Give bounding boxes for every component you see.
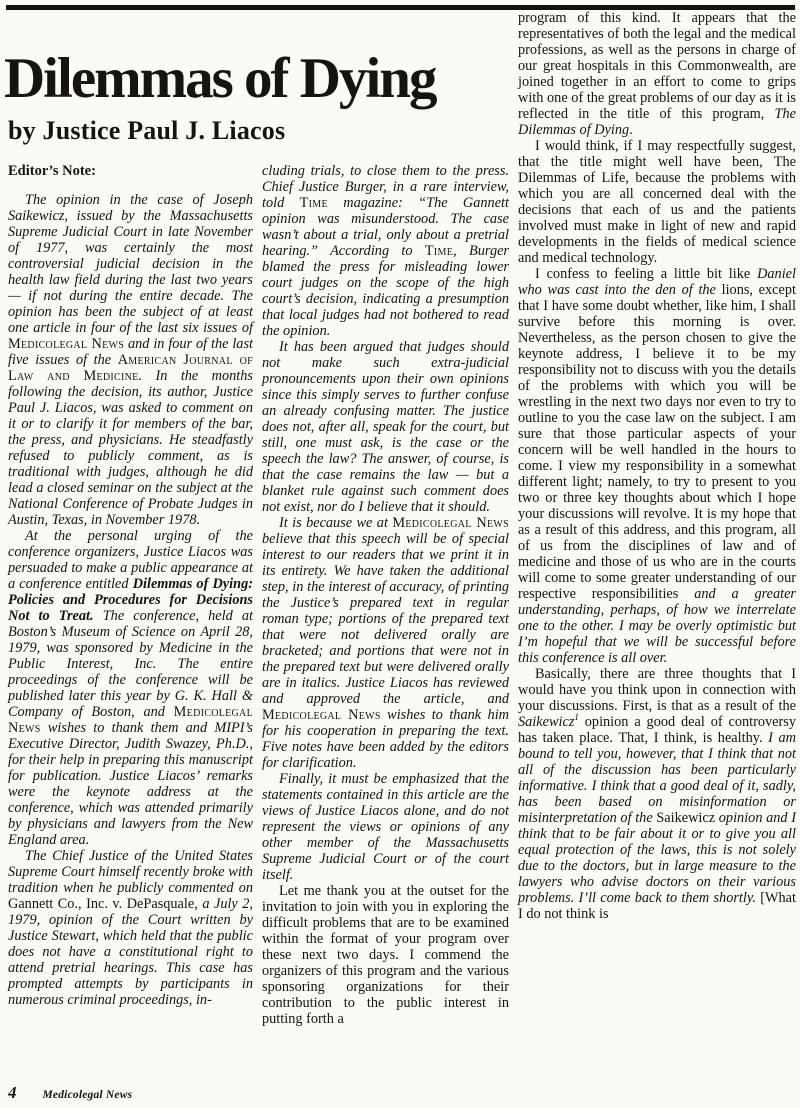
column-middle: cluding trials, to close them to the pre…	[262, 163, 509, 1027]
text-run: Let me thank you at the outset for the i…	[262, 883, 509, 1027]
text-run: a July 2, 1979, opinion of the Court wri…	[8, 896, 253, 1008]
text-run: believe that this speech will be of spec…	[262, 531, 509, 707]
paragraph: program of this kind. It appears that th…	[518, 10, 796, 138]
paragraph: At the personal urging of the conference…	[8, 528, 253, 848]
text-run: lions, except that I have some doubt whe…	[518, 282, 796, 602]
text-run: wishes to thank them and MIPI’s Executiv…	[8, 720, 253, 848]
text-run: I confess to feeling a little bit like	[535, 266, 757, 282]
text-run: Medicolegal News	[392, 515, 509, 531]
text-run: Medicolegal News	[8, 336, 124, 352]
text-run: . In the months following the decision, …	[8, 368, 253, 528]
text-run: The opinion in the case of Joseph Saikew…	[8, 192, 253, 336]
editors-note-heading: Editor’s Note:	[8, 163, 253, 179]
paragraph: The Chief Justice of the United States S…	[8, 848, 253, 1008]
paragraph: I would think, if I may respectfully sug…	[518, 138, 796, 266]
footer-publication-name: Medicolegal News	[43, 1089, 133, 1101]
article-page: Dilemmas of Dying by Justice Paul J. Lia…	[0, 0, 800, 1108]
page-footer: 4 Medicolegal News	[8, 1083, 132, 1103]
paragraph: Let me thank you at the outset for the i…	[262, 883, 509, 1027]
text-run: It has been argued that judges should no…	[262, 339, 509, 515]
paragraph: It has been argued that judges should no…	[262, 339, 509, 515]
text-run: Time	[425, 243, 453, 259]
text-run: program of this kind. It appears that th…	[518, 10, 796, 122]
text-run: Saikewicz	[656, 810, 715, 826]
paragraph: Finally, it must be emphasized that the …	[262, 771, 509, 883]
text-run: Editor’s Note:	[8, 163, 96, 179]
footer-page-number: 4	[8, 1083, 17, 1103]
text-run: Medicolegal News	[262, 707, 381, 723]
page-title: Dilemmas of Dying	[4, 48, 519, 110]
column-right: program of this kind. It appears that th…	[518, 10, 796, 922]
text-run: It is because we at	[279, 515, 392, 531]
paragraph: cluding trials, to close them to the pre…	[262, 163, 509, 339]
text-run: .	[629, 122, 633, 138]
paragraph: I confess to feeling a little bit like D…	[518, 266, 796, 666]
text-run: Time	[300, 195, 328, 211]
paragraph: It is because we at Medicolegal News bel…	[262, 515, 509, 771]
text-run: Basically, there are three thoughts that…	[518, 666, 796, 714]
text-run: Saikewicz	[518, 714, 574, 730]
text-run: I would think, if I may respectfully sug…	[518, 138, 796, 266]
text-run: Finally, it must be emphasized that the …	[262, 771, 509, 883]
text-run: The Chief Justice of the United States S…	[8, 848, 253, 896]
byline: by Justice Paul J. Liacos	[8, 115, 285, 147]
paragraph: Basically, there are three thoughts that…	[518, 666, 796, 922]
column-left: Editor’s Note:The opinion in the case of…	[8, 163, 253, 1008]
text-run: Gannett Co., Inc. v. DePasquale,	[8, 896, 198, 912]
paragraph: The opinion in the case of Joseph Saikew…	[8, 192, 253, 528]
